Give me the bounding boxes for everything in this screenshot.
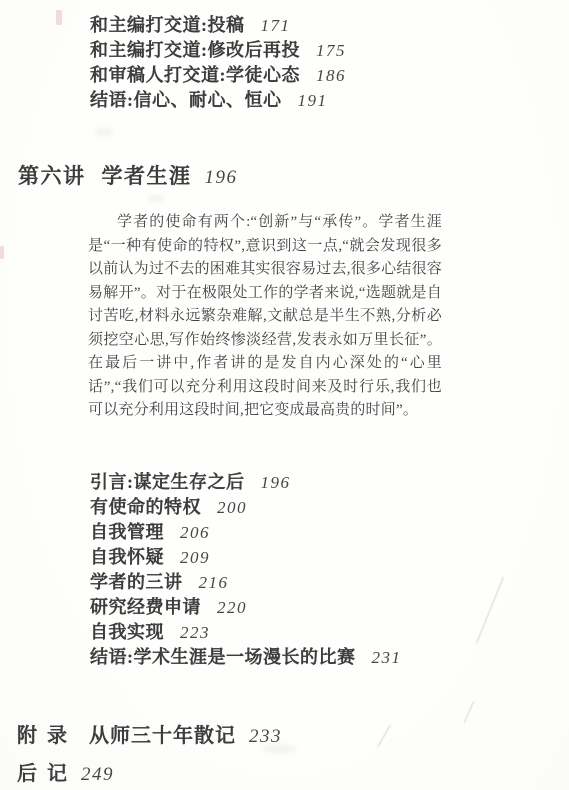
toc-entry-page: 171 (261, 13, 291, 38)
toc-entry: 和审稿人打交道:学徒心态 186 (90, 63, 346, 88)
toc-entry-page: 175 (316, 38, 346, 63)
chapter-title: 学者生涯 (102, 160, 192, 190)
pink-scan-mark (56, 10, 62, 25)
back-matter-label: 附 录 (17, 719, 68, 748)
toc-entry: 学者的三讲 216 (90, 570, 402, 595)
paper-crease (463, 701, 474, 724)
toc-entry: 和主编打交道:投稿 171 (90, 13, 346, 38)
toc-entry-page: 186 (316, 63, 346, 88)
toc-entry-page: 220 (217, 595, 247, 620)
toc-entry: 自我管理 206 (90, 520, 402, 545)
back-matter-row-appendix: 附 录 从师三十年散记 233 (17, 719, 282, 748)
toc-entry-page: 231 (372, 645, 402, 670)
chapter-number: 第六讲 (18, 160, 86, 190)
toc-entry-page: 196 (261, 470, 291, 495)
toc-entry-title: 和主编打交道:投稿 (90, 13, 245, 38)
toc-entry-title: 自我怀疑 (90, 545, 164, 570)
toc-entry-page: 223 (180, 620, 210, 645)
toc-entry: 研究经费申请 220 (90, 595, 402, 620)
back-matter-row-postscript: 后 记 249 (17, 757, 114, 786)
toc-entry-page: 206 (180, 520, 210, 545)
toc-entry-page: 200 (217, 495, 247, 520)
back-matter-title: 从师三十年散记 (89, 719, 236, 748)
toc-entry-title: 和审稿人打交道:学徒心态 (90, 63, 300, 88)
pink-scan-mark (0, 246, 4, 259)
chapter-heading: 第六讲 学者生涯 196 (18, 160, 238, 190)
toc-entry-title: 研究经费申请 (90, 595, 201, 620)
chapter-summary: 学者的使命有两个:“创新”与“承传”。学者生涯是“一种有使命的特权”,意识到这一… (88, 211, 442, 423)
toc-entry-title: 自我管理 (90, 520, 164, 545)
toc-entry-page: 191 (298, 88, 328, 113)
chapter-toc-list: 引言:谋定生存之后 196 有使命的特权 200 自我管理 206 自我怀疑 2… (90, 470, 402, 670)
toc-entry: 引言:谋定生存之后 196 (90, 470, 402, 495)
toc-entry: 和主编打交道:修改后再投 175 (90, 38, 346, 63)
toc-entry: 结语:信心、耐心、恒心 191 (90, 88, 346, 113)
toc-entry-title: 学者的三讲 (90, 570, 183, 595)
toc-entry-title: 结语:信心、耐心、恒心 (90, 88, 282, 113)
chapter-page: 196 (205, 167, 238, 189)
scan-smudge (95, 128, 113, 136)
toc-entry-title: 自我实现 (90, 620, 164, 645)
scan-smudge (148, 195, 164, 202)
prev-chapter-toc-list: 和主编打交道:投稿 171 和主编打交道:修改后再投 175 和审稿人打交道:学… (90, 13, 346, 113)
toc-entry-title: 和主编打交道:修改后再投 (90, 38, 300, 63)
toc-entry: 结语:学术生涯是一场漫长的比赛 231 (90, 645, 402, 670)
toc-entry-title: 有使命的特权 (90, 495, 201, 520)
toc-entry-title: 结语:学术生涯是一场漫长的比赛 (90, 645, 356, 670)
book-toc-page: 和主编打交道:投稿 171 和主编打交道:修改后再投 175 和审稿人打交道:学… (0, 0, 569, 790)
toc-entry-title: 引言:谋定生存之后 (90, 470, 245, 495)
back-matter-page: 233 (249, 726, 282, 748)
back-matter-page: 249 (81, 764, 114, 786)
toc-entry-page: 216 (199, 570, 229, 595)
toc-entry: 自我实现 223 (90, 620, 402, 645)
paper-crease (377, 724, 391, 747)
back-matter-label: 后 记 (17, 757, 68, 786)
toc-entry: 有使命的特权 200 (90, 495, 402, 520)
toc-entry-page: 209 (180, 545, 210, 570)
toc-entry: 自我怀疑 209 (90, 545, 402, 570)
paper-crease (476, 576, 504, 643)
